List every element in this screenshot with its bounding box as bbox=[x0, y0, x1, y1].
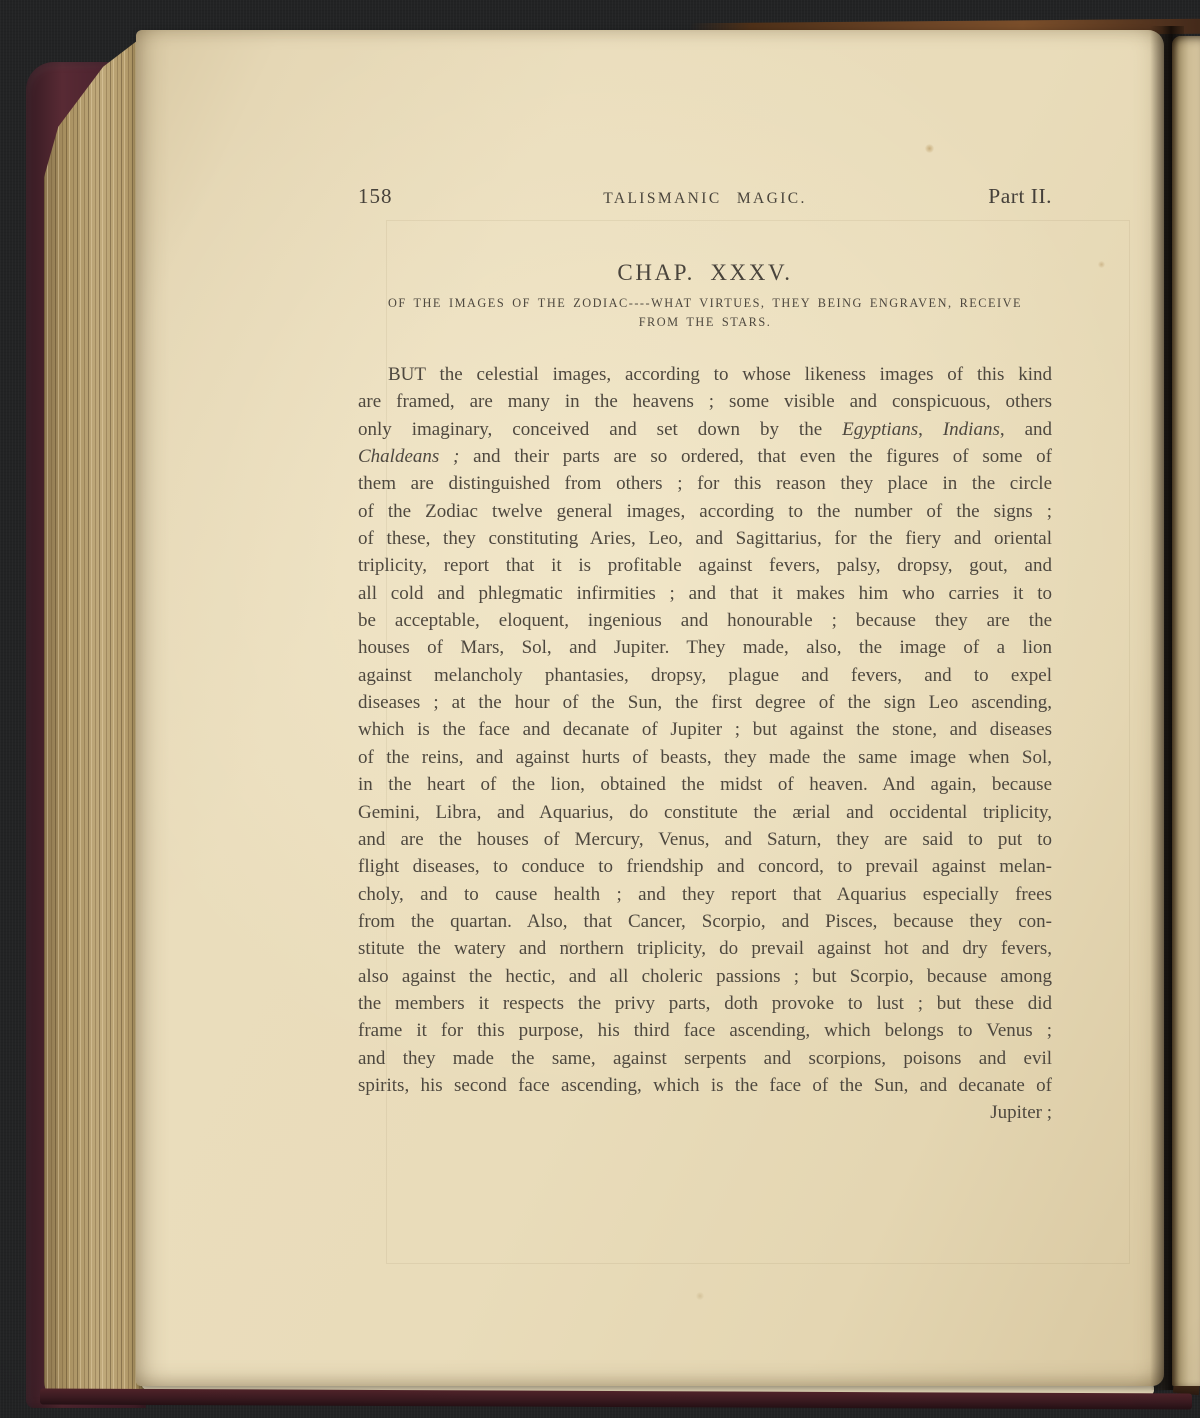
body-line: of these, they constituting Aries, Leo, … bbox=[358, 525, 1052, 552]
body-segment: all cold and phlegmatic infirmities ; an… bbox=[358, 583, 1052, 604]
book-fore-edge-pages bbox=[44, 34, 146, 1398]
body-line: Chaldeans ; and their parts are so order… bbox=[358, 443, 1052, 470]
body-segment: from the quartan. Also, that Cancer, Sco… bbox=[358, 911, 1052, 932]
body-line: and are the houses of Mercury, Venus, an… bbox=[358, 826, 1052, 853]
body-segment: Gemini, Libra, and Aquarius, do constitu… bbox=[358, 802, 1052, 823]
body-segment: and they made the same, against serpents… bbox=[358, 1048, 1052, 1069]
body-segment: in the heart of the lion, obtained the m… bbox=[358, 774, 1052, 795]
body-line: in the heart of the lion, obtained the m… bbox=[358, 771, 1052, 798]
body-segment-italic: Chaldeans ; bbox=[358, 446, 459, 467]
facing-page-sliver bbox=[1172, 36, 1200, 1386]
body-line: against melancholy phantasies, dropsy, p… bbox=[358, 662, 1052, 689]
body-line: spirits, his second face ascending, whic… bbox=[358, 1072, 1052, 1099]
body-segment: the members it respects the privy parts,… bbox=[358, 993, 1052, 1014]
body-segment: houses of Mars, Sol, and Jupiter. They m… bbox=[358, 637, 1052, 658]
body-segment: only imaginary, conceived and set down b… bbox=[358, 419, 842, 440]
body-segment: of the reins, and against hurts of beast… bbox=[358, 747, 1052, 768]
body-line: flight diseases, to conduce to friendshi… bbox=[358, 853, 1052, 880]
body-segment: and are the houses of Mercury, Venus, an… bbox=[358, 829, 1052, 850]
chapter-heading: CHAP. XXXV. bbox=[358, 261, 1052, 284]
body-segment: , and bbox=[1000, 419, 1052, 440]
body-segment: against melancholy phantasies, dropsy, p… bbox=[358, 665, 1052, 686]
body-line: only imaginary, conceived and set down b… bbox=[358, 416, 1052, 443]
body-line: the members it respects the privy parts,… bbox=[358, 990, 1052, 1017]
body-segment: be acceptable, eloquent, ingenious and h… bbox=[358, 610, 1052, 631]
body-segment: BUT the celestial images, according to w… bbox=[388, 364, 1052, 385]
body-segment: of the Zodiac twelve general images, acc… bbox=[358, 501, 1052, 522]
body-line: choly, and to cause health ; and they re… bbox=[358, 881, 1052, 908]
body-line: are framed, are many in the heavens ; so… bbox=[358, 388, 1052, 415]
part-label: Part II. bbox=[902, 186, 1052, 208]
page-header: 158 TALISMANIC MAGIC. Part II. bbox=[358, 186, 1052, 208]
body-line: of the Zodiac twelve general images, acc… bbox=[358, 498, 1052, 525]
body-line: of the reins, and against hurts of beast… bbox=[358, 744, 1052, 771]
body-line: be acceptable, eloquent, ingenious and h… bbox=[358, 607, 1052, 634]
body-text: BUT the celestial images, according to w… bbox=[358, 361, 1052, 1127]
body-line: diseases ; at the hour of the Sun, the f… bbox=[358, 689, 1052, 716]
body-segment: frame it for this purpose, his third fac… bbox=[358, 1020, 1052, 1041]
body-segment: of these, they constituting Aries, Leo, … bbox=[358, 528, 1052, 549]
body-segment: choly, and to cause health ; and they re… bbox=[358, 884, 1052, 905]
body-line: from the quartan. Also, that Cancer, Sco… bbox=[358, 908, 1052, 935]
body-line: also against the hectic, and all choleri… bbox=[358, 963, 1052, 990]
chapter-subtitle-line1: OF THE IMAGES OF THE ZODIAC----WHAT VIRT… bbox=[316, 294, 1094, 313]
body-line: them are distinguished from others ; for… bbox=[358, 470, 1052, 497]
body-segment: triplicity, report that it is profitable… bbox=[358, 555, 1052, 576]
foxing-spot bbox=[1098, 261, 1105, 268]
body-line: houses of Mars, Sol, and Jupiter. They m… bbox=[358, 634, 1052, 661]
chapter-subtitle: OF THE IMAGES OF THE ZODIAC----WHAT VIRT… bbox=[316, 294, 1094, 331]
body-line: stitute the watery and northern triplici… bbox=[358, 935, 1052, 962]
body-line: and they made the same, against serpents… bbox=[358, 1045, 1052, 1072]
running-title: TALISMANIC MAGIC. bbox=[508, 191, 902, 207]
chapter-subtitle-line2: FROM THE STARS. bbox=[316, 313, 1094, 332]
body-segment: stitute the watery and northern triplici… bbox=[358, 938, 1052, 959]
body-segment: spirits, his second face ascending, whic… bbox=[358, 1075, 1052, 1096]
book-page: 158 TALISMANIC MAGIC. Part II. CHAP. XXX… bbox=[136, 30, 1164, 1386]
body-line: triplicity, report that it is profitable… bbox=[358, 552, 1052, 579]
body-segment: diseases ; at the hour of the Sun, the f… bbox=[358, 692, 1052, 713]
body-line: BUT the celestial images, according to w… bbox=[358, 361, 1052, 388]
body-segment-italic: Egyptians bbox=[842, 419, 918, 440]
body-segment: and their parts are so ordered, that eve… bbox=[459, 446, 1052, 467]
body-segment: also against the hectic, and all choleri… bbox=[358, 966, 1052, 987]
foxing-spot bbox=[696, 1292, 704, 1300]
body-segment: , bbox=[918, 419, 943, 440]
page-number: 158 bbox=[358, 186, 508, 207]
body-segment: are framed, are many in the heavens ; so… bbox=[358, 391, 1052, 412]
body-segment: them are distinguished from others ; for… bbox=[358, 473, 1052, 494]
body-line: frame it for this purpose, his third fac… bbox=[358, 1017, 1052, 1044]
catchword: Jupiter ; bbox=[358, 1099, 1052, 1126]
body-line: which is the face and decanate of Jupite… bbox=[358, 716, 1052, 743]
body-line: Gemini, Libra, and Aquarius, do constitu… bbox=[358, 799, 1052, 826]
body-segment: flight diseases, to conduce to friendshi… bbox=[358, 856, 1052, 877]
body-line: all cold and phlegmatic infirmities ; an… bbox=[358, 580, 1052, 607]
photo-backdrop: 158 TALISMANIC MAGIC. Part II. CHAP. XXX… bbox=[0, 0, 1200, 1418]
body-segment-italic: Indians bbox=[943, 419, 1000, 440]
body-segment: which is the face and decanate of Jupite… bbox=[358, 719, 1052, 740]
foxing-spot bbox=[925, 144, 934, 153]
